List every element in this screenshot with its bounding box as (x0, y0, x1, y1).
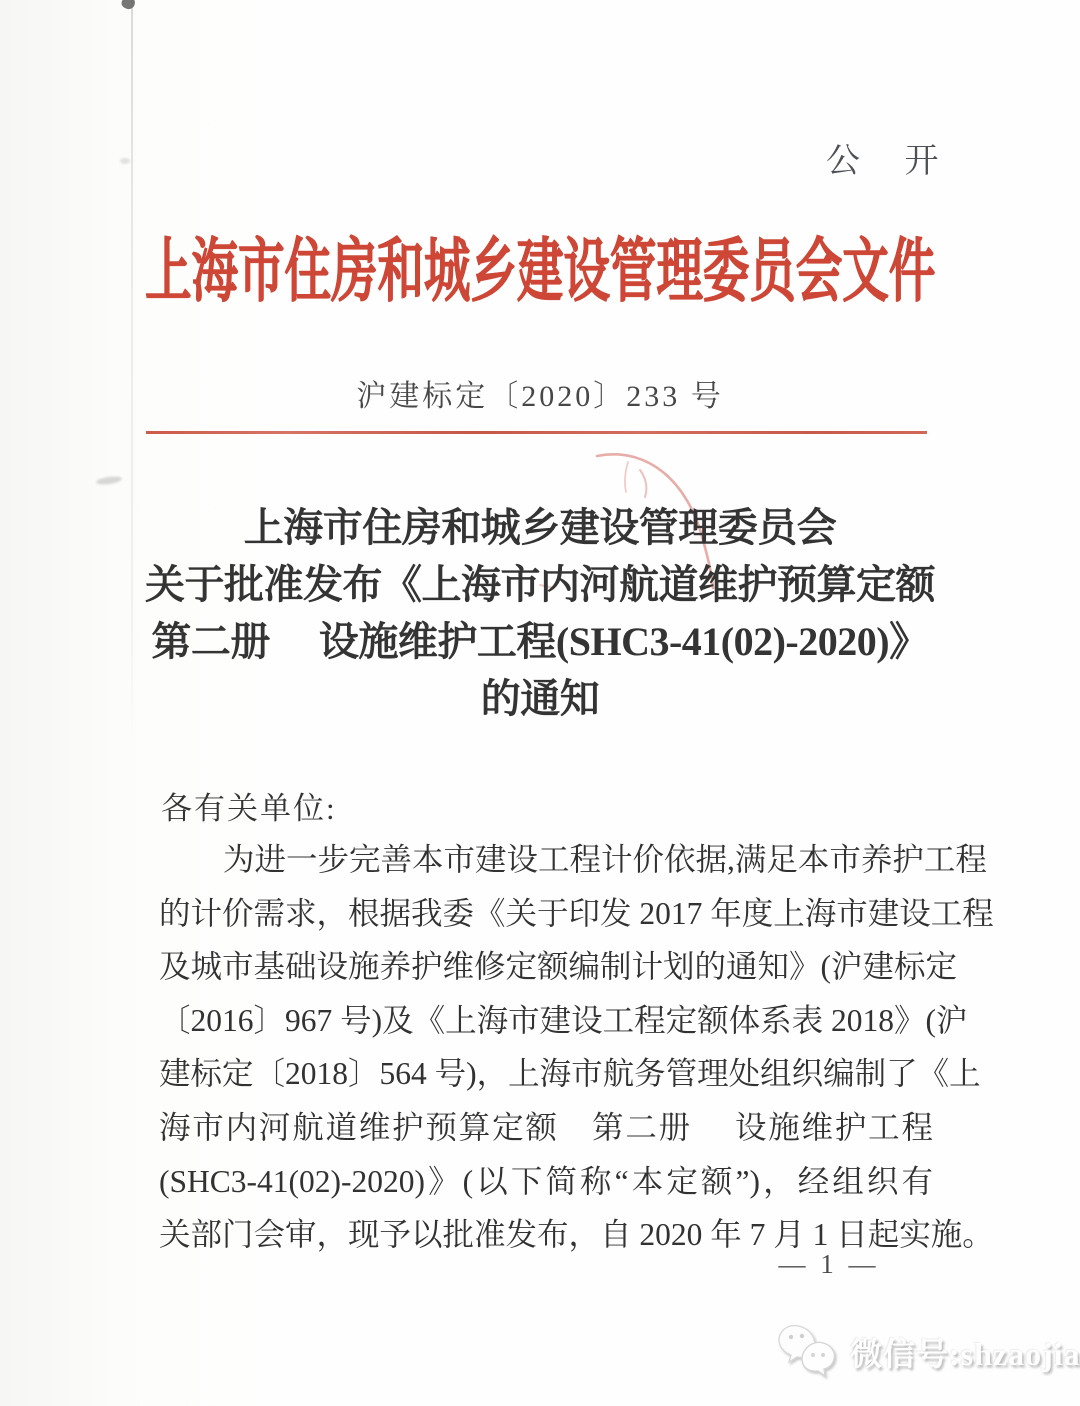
letterhead-text: 上海市住房和城乡建设管理委员会文件 (145, 216, 935, 315)
letterhead-rule (146, 431, 927, 434)
notice-title-line: 关于批准发布《上海市内河航道维护预算定额 (0, 556, 1080, 613)
body-line: 及城市基础设施养护维修定额编制计划的通知》(沪建标定 (159, 940, 933, 994)
wechat-icon (776, 1321, 846, 1383)
scan-speck (120, 0, 137, 11)
body-line: 〔2016〕967 号)及《上海市建设工程定额体系表 2018》(沪 (159, 994, 933, 1048)
scan-smudge (120, 158, 130, 164)
notice-title-line: 第二册 设施维护工程(SHC3-41(02)-2020)》 (0, 613, 1080, 670)
notice-title-line: 上海市住房和城乡建设管理委员会 (0, 499, 1080, 556)
notice-title-line: 的通知 (0, 670, 1080, 727)
document-number: 沪建标定〔2020〕233 号 (0, 371, 1080, 415)
scan-smudge (96, 475, 123, 486)
body-line: 为进一步完善本市建设工程计价依据,满足本市养护工程 (159, 833, 933, 887)
letterhead: 上海市住房和城乡建设管理委员会文件 (0, 226, 1080, 306)
page-number: — 1 — (756, 1249, 902, 1280)
scanned-document-page: 公 开 上海市住房和城乡建设管理委员会文件 沪建标定〔2020〕233 号 上海… (0, 0, 1080, 1406)
body-line: 的计价需求，根据我委《关于印发 2017 年度上海市建设工程 (159, 887, 933, 941)
body-line: (SHC3-41(02)-2020)》(以下简称“本定额”)，经组织有 (159, 1155, 933, 1209)
body-line: 建标定〔2018〕564 号)，上海市航务管理处组织编制了《上 (159, 1047, 933, 1101)
classification-label: 公 开 (826, 133, 957, 182)
watermark: 微信号:shzaojia (776, 1321, 1080, 1383)
notice-title: 上海市住房和城乡建设管理委员会 关于批准发布《上海市内河航道维护预算定额 第二册… (0, 499, 1080, 727)
body-paragraph: 为进一步完善本市建设工程计价依据,满足本市养护工程 的计价需求，根据我委《关于印… (159, 833, 933, 1262)
body-line: 海市内河航道维护预算定额 第二册 设施维护工程 (159, 1101, 933, 1155)
salutation: 各有关单位: (161, 783, 337, 828)
watermark-label: 微信号:shzaojia (850, 1329, 1080, 1375)
